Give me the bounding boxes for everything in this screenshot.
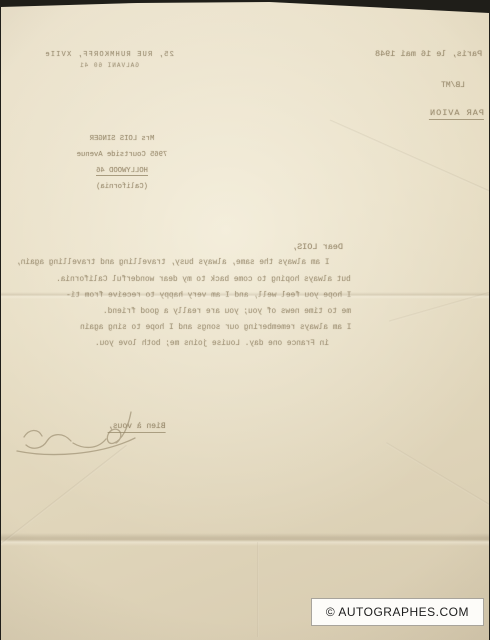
air-mail-note: PAR AVION [429,108,484,118]
date-line: Paris, le 16 mai 1948 [375,49,482,59]
salutation: Dear LOIS, [292,242,343,252]
letterhead-address: 25, RUE RUHMKORFF, XVIIe [35,51,183,59]
recipient-address-block: Mrs LOIS SINGER 7965 Courtside Avenue HO… [71,131,173,195]
fold-crease-horizontal [1,533,489,546]
crease-diagonal [389,279,490,322]
watermark-badge: © AUTOGRAPHES.COM [311,598,484,626]
recipient-street: 7965 Courtside Avenue [71,147,173,163]
body-line: in France one day. Louise joins me; both… [95,340,329,348]
recipient-city: HOLLYWOOD 46 [71,163,173,179]
watermark-text: © AUTOGRAPHES.COM [326,605,469,619]
letterhead-phone: GALVANI 60 41 [35,62,183,69]
crease-diagonal [329,119,490,202]
body-line: I am always the same, always busy, trave… [16,259,330,267]
crease-diagonal [385,442,490,516]
body-line: but always hoping to come back to my dea… [56,276,351,284]
crease-vertical [257,542,259,637]
body-line: I hope you feel well, and I am very happ… [66,292,351,300]
letter-paper: 25, RUE RUHMKORFF, XVIIe GALVANI 60 41 P… [1,0,489,640]
paper-vignette [1,0,489,640]
reference-initials: LB/MT [441,81,465,90]
body-line: me to time news of you; you are really a… [103,308,351,316]
handwritten-signature [9,398,141,460]
recipient-name: Mrs LOIS SINGER [71,131,173,147]
crease-diagonal [0,445,128,557]
recipient-region: (California) [71,179,173,195]
body-line: I am always remembering our songs and I … [80,324,351,332]
